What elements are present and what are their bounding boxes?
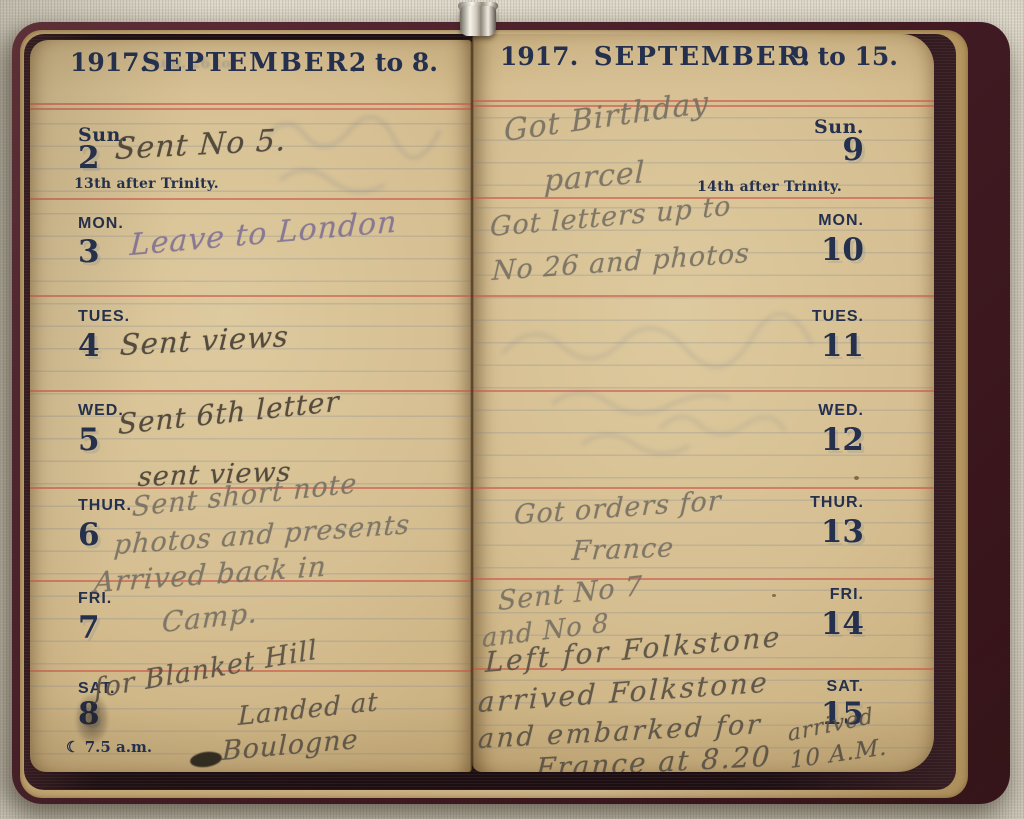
diary-entry: France <box>571 532 675 567</box>
bleed-through-ghost <box>260 100 450 210</box>
day-date-3: 3 <box>78 234 100 270</box>
day-date-14: 14 <box>821 606 864 642</box>
diary-entry: No 26 and photos <box>491 238 750 287</box>
day-divider-rule <box>472 578 934 580</box>
day-divider-rule <box>30 390 472 392</box>
diary-entry: Leave to London <box>129 204 398 263</box>
diary-entry: Got Birthday <box>503 85 709 149</box>
day-abbr-wed: WED. <box>78 402 124 420</box>
paper-speck <box>854 476 859 480</box>
ink-smudge <box>70 686 114 752</box>
day-date-9: 9 <box>842 132 864 168</box>
clasp-barrel <box>460 6 496 36</box>
day-date-10: 10 <box>821 232 864 268</box>
photo-scene: Aug. 26 to 1917. SEPTEMBER. 2 to 8. Sun.… <box>0 0 1024 819</box>
year-label: 1917. <box>500 42 578 71</box>
diary-entry: parcel <box>544 155 646 199</box>
day-date-5: 5 <box>78 422 100 458</box>
day-divider-rule <box>472 390 934 392</box>
ink-blot <box>189 750 223 769</box>
year-label: 1917. <box>70 48 148 77</box>
day-date-11: 11 <box>821 328 864 364</box>
bleed-through-ghost <box>652 399 792 459</box>
metal-clasp <box>452 2 504 42</box>
header-rule <box>30 103 472 105</box>
day-date-7: 7 <box>78 610 100 646</box>
day-abbr-tues: TUES. <box>812 308 864 326</box>
day-abbr-mon: MON. <box>78 215 124 233</box>
diary-entry: Sent 6th letter <box>118 385 340 441</box>
week-range-label: 9 to 15. <box>791 42 898 71</box>
day-abbr-mon: MON. <box>818 212 864 230</box>
day-abbr-wed: WED. <box>818 402 864 420</box>
day-divider-rule <box>30 198 472 200</box>
day-divider-rule <box>30 295 472 297</box>
left-page: Aug. 26 to 1917. SEPTEMBER. 2 to 8. Sun.… <box>30 40 472 772</box>
month-label: SEPTEMBER. <box>142 48 361 78</box>
week-range-label: 2 to 8. <box>349 48 438 77</box>
diary-entry: Got orders for <box>513 485 722 531</box>
day-divider-rule <box>472 295 934 297</box>
day-date-2: 2 <box>78 140 100 176</box>
day-date-6: 6 <box>78 517 100 553</box>
day-abbr-fri: FRI. <box>830 586 864 604</box>
day-abbr-tues: TUES. <box>78 308 130 326</box>
diary-entry: for Blanket Hill <box>93 635 319 706</box>
diary-entry: Camp. <box>161 596 258 639</box>
page-header: 1917. SEPTEMBER. 9 to 15. <box>472 42 934 76</box>
diary-entry: Got letters up to <box>490 191 732 243</box>
day-abbr-sat: SAT. <box>827 678 864 696</box>
day-abbr-thur: THUR. <box>78 497 132 515</box>
right-page: 1917. SEPTEMBER. 9 to 15. Sun. 9 14th af… <box>472 34 934 772</box>
diary-entry: Sent views <box>119 319 290 362</box>
header-rule <box>30 108 472 110</box>
day-date-12: 12 <box>821 422 864 458</box>
church-calendar-note: 13th after Trinity. <box>74 176 219 192</box>
page-gutter <box>470 38 474 772</box>
day-abbr-thur: THUR. <box>810 494 864 512</box>
day-date-4: 4 <box>78 328 100 364</box>
month-label: SEPTEMBER. <box>594 42 813 72</box>
page-header: 1917. SEPTEMBER. 2 to 8. <box>30 48 472 82</box>
day-date-13: 13 <box>821 514 864 550</box>
paper-speck <box>772 594 776 597</box>
